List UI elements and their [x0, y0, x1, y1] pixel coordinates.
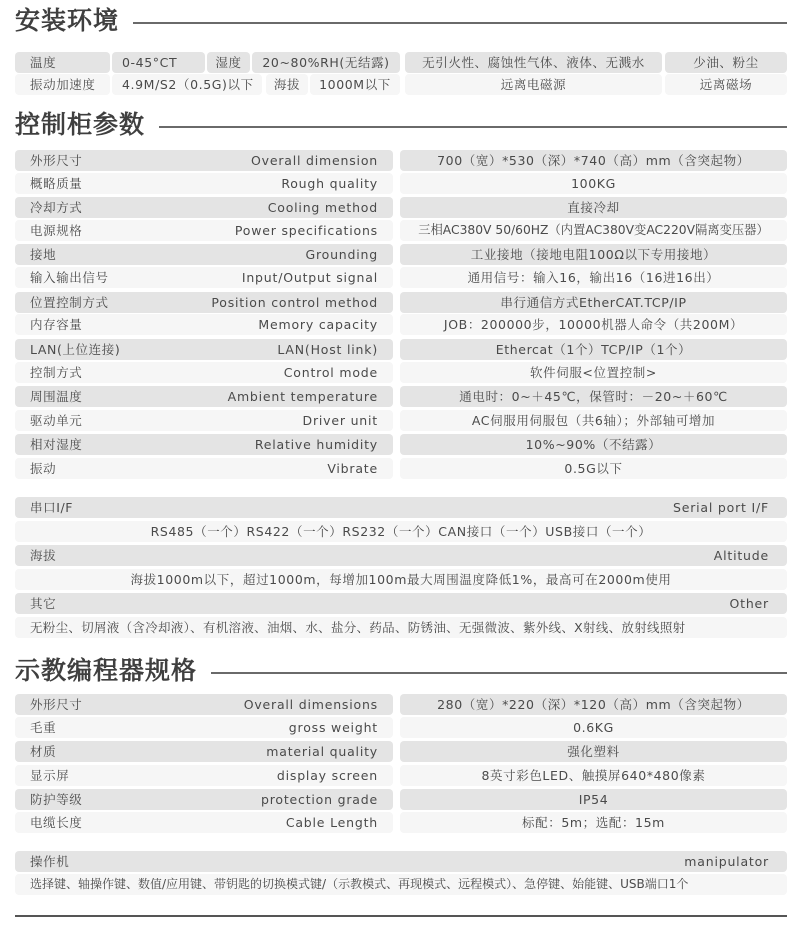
cabinet-row: 接地Grounding [15, 244, 393, 265]
row-label-zh: 周围温度 [30, 386, 82, 407]
row-label-zh: 串口I/F [30, 497, 73, 518]
altitude-header: 海拔Altitude [15, 545, 787, 566]
serial-port-header: 串口I/FSerial port I/F [15, 497, 787, 518]
row-label-en: Input/Output signal [242, 267, 378, 288]
row-label-zh: 冷却方式 [30, 197, 82, 218]
cabinet-row-value: 100KG [400, 173, 787, 194]
row-label-en: Control mode [284, 362, 378, 383]
cabinet-row-value: Ethercat（1个）TCP/IP（1个） [400, 339, 787, 360]
other-header: 其它Other [15, 593, 787, 614]
altitude-value: 海拔1000m以下，超过1000m，每增加100m最大周围温度降低1%，最高可在… [15, 569, 787, 590]
row-label-en: Memory capacity [258, 314, 378, 335]
row-label-en: Driver unit [303, 410, 378, 431]
cabinet-row-value: 通电时：0~＋45℃，保管时：－20~＋60℃ [400, 386, 787, 407]
row-label-zh: 显示屏 [30, 765, 69, 786]
row-label-en: Altitude [714, 545, 769, 566]
row-label-en: gross weight [289, 717, 378, 738]
section-title-pendant: 示教编程器规格 [15, 658, 197, 683]
cabinet-row: 周围温度Ambient temperature [15, 386, 393, 407]
row-label-en: LAN(Host link) [277, 339, 378, 360]
row-label-en: Cable Length [286, 812, 378, 833]
pendant-row-value: 0.6KG [400, 717, 787, 738]
cabinet-row-value: 串行通信方式EtherCAT.TCP/IP [400, 292, 787, 313]
row-label-zh: 电缆长度 [30, 812, 82, 833]
row-label-zh: 内存容量 [30, 314, 82, 335]
row-label-en: Overall dimensions [244, 694, 378, 715]
env-label-temperature: 温度 [15, 52, 110, 73]
bottom-divider [15, 915, 787, 917]
row-label-zh: 输入输出信号 [30, 267, 109, 288]
env-value-vibration: 4.9M/S2（0.5G)以下 [112, 74, 262, 95]
row-label-zh: 外形尺寸 [30, 150, 82, 171]
row-label-en: Vibrate [327, 458, 378, 479]
row-label-zh: 操作机 [30, 851, 69, 872]
row-label-zh: 毛重 [30, 717, 56, 738]
row-label-en: material quality [266, 741, 378, 762]
pendant-row-value: 强化塑料 [400, 741, 787, 762]
row-label-en: Serial port I/F [673, 497, 769, 518]
cabinet-row-value: JOB：200000步，10000机器人命令（共200M） [400, 314, 787, 335]
cabinet-row-value: 工业接地（接地电阻100Ω以下专用接地） [400, 244, 787, 265]
cabinet-row: 概略质量Rough quality [15, 173, 393, 194]
cabinet-row: 控制方式Control mode [15, 362, 393, 383]
pendant-row-value: IP54 [400, 789, 787, 810]
manipulator-value: 选择键、轴操作键、数值/应用键、带钥匙的切换模式键/（示教模式、再现模式、远程模… [15, 874, 787, 895]
row-label-zh: 接地 [30, 244, 56, 265]
env-value-magnetic: 远离磁场 [665, 74, 787, 95]
row-label-en: Ambient temperature [228, 386, 378, 407]
cabinet-row: 振动Vibrate [15, 458, 393, 479]
cabinet-row-value: AC伺服用伺服包（共6轴）；外部轴可增加 [400, 410, 787, 431]
row-label-zh: 海拔 [30, 545, 56, 566]
section-title-cabinet: 控制柜参数 [15, 112, 145, 137]
pendant-row: 防护等级protection grade [15, 789, 393, 810]
row-label-en: Cooling method [268, 197, 378, 218]
cabinet-row: 冷却方式Cooling method [15, 197, 393, 218]
cabinet-row-value: 三相AC380V 50/60HZ（内置AC380V变AC220V隔离变压器） [400, 220, 787, 241]
row-label-zh: 其它 [30, 593, 56, 614]
cabinet-row: 内存容量Memory capacity [15, 314, 393, 335]
row-label-en: display screen [277, 765, 378, 786]
row-label-en: Grounding [305, 244, 378, 265]
pendant-row-value: 标配：5m；选配：15m [400, 812, 787, 833]
row-label-zh: 控制方式 [30, 362, 82, 383]
row-label-en: Position control method [211, 292, 378, 313]
row-label-en: Power specifications [235, 220, 378, 241]
pendant-row: 毛重gross weight [15, 717, 393, 738]
row-label-zh: 材质 [30, 741, 56, 762]
cabinet-row: 外形尺寸Overall dimension [15, 150, 393, 171]
env-value-oil-dust: 少油、粉尘 [665, 52, 787, 73]
title-divider [211, 672, 787, 674]
env-label-vibration: 振动加速度 [15, 74, 110, 95]
pendant-row: 电缆长度Cable Length [15, 812, 393, 833]
section-cabinet: 控制柜参数 [15, 112, 787, 137]
pendant-row-value: 8英寸彩色LED、触摸屏640*480像素 [400, 765, 787, 786]
section-title-install-env: 安装环境 [15, 8, 119, 33]
row-label-en: Rough quality [281, 173, 378, 194]
env-value-em-source: 远离电磁源 [405, 74, 662, 95]
serial-port-value: RS485（一个）RS422（一个）RS232（一个）CAN接口（一个）USB接… [15, 521, 787, 542]
cabinet-row: 驱动单元Driver unit [15, 410, 393, 431]
row-label-zh: 外形尺寸 [30, 694, 82, 715]
cabinet-row: 相对湿度Relative humidity [15, 434, 393, 455]
row-label-zh: 电源规格 [30, 220, 82, 241]
cabinet-row-value: 0.5G以下 [400, 458, 787, 479]
title-divider [133, 22, 787, 24]
row-label-zh: 概略质量 [30, 173, 82, 194]
env-label-altitude: 海拔 [266, 74, 308, 95]
env-value-humidity: 20~80%RH(无结露) [252, 52, 400, 73]
cabinet-row-value: 直接冷却 [400, 197, 787, 218]
row-label-zh: 驱动单元 [30, 410, 82, 431]
row-label-en: manipulator [684, 851, 769, 872]
cabinet-row-value: 软件伺服<位置控制> [400, 362, 787, 383]
pendant-row-value: 280（宽）*220（深）*120（高）mm（含突起物） [400, 694, 787, 715]
row-label-zh: 防护等级 [30, 789, 82, 810]
env-label-humidity: 湿度 [207, 52, 250, 73]
row-label-en: protection grade [261, 789, 378, 810]
env-value-temperature: 0-45°CT [112, 52, 205, 73]
env-value-altitude: 1000M以下 [310, 74, 400, 95]
section-install-env: 安装环境 [15, 8, 787, 33]
title-divider [159, 126, 787, 128]
env-value-atmosphere: 无引火性、腐蚀性气体、液体、无溅水 [405, 52, 662, 73]
row-label-zh: LAN(上位连接) [30, 339, 120, 360]
other-value: 无粉尘、切屑液（含冷却液）、有机溶液、油烟、水、盐分、药品、防锈油、无强微波、紫… [15, 617, 787, 638]
cabinet-row-value: 700（宽）*530（深）*740（高）mm（含突起物） [400, 150, 787, 171]
cabinet-row-value: 10%~90%（不结露） [400, 434, 787, 455]
row-label-zh: 位置控制方式 [30, 292, 109, 313]
row-label-zh: 相对湿度 [30, 434, 82, 455]
row-label-en: Overall dimension [251, 150, 378, 171]
row-label-en: Relative humidity [255, 434, 378, 455]
cabinet-row: 电源规格Power specifications [15, 220, 393, 241]
pendant-row: 显示屏display screen [15, 765, 393, 786]
manipulator-header: 操作机manipulator [15, 851, 787, 872]
cabinet-row: 位置控制方式Position control method [15, 292, 393, 313]
cabinet-row: LAN(上位连接)LAN(Host link) [15, 339, 393, 360]
pendant-row: 外形尺寸Overall dimensions [15, 694, 393, 715]
pendant-row: 材质material quality [15, 741, 393, 762]
row-label-en: Other [730, 593, 770, 614]
row-label-zh: 振动 [30, 458, 56, 479]
cabinet-row-value: 通用信号：输入16，输出16（16进16出） [400, 267, 787, 288]
section-pendant: 示教编程器规格 [15, 658, 787, 683]
cabinet-row: 输入输出信号Input/Output signal [15, 267, 393, 288]
